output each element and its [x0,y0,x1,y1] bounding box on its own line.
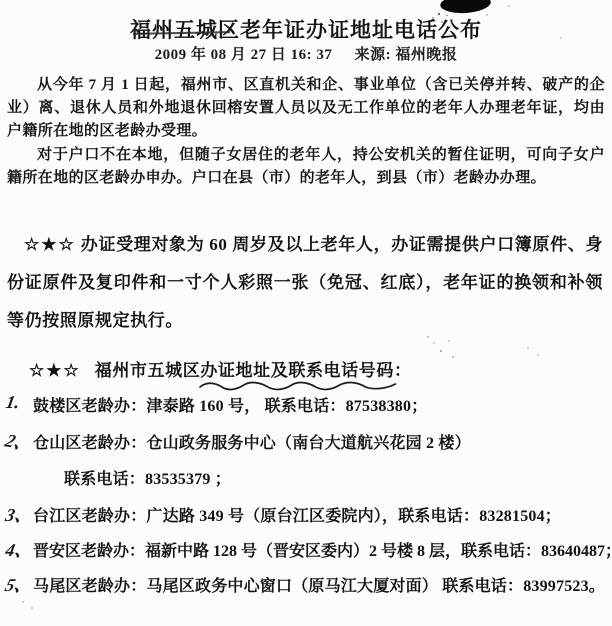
address-item: 马尾区老龄办：马尾区政务中心窗口（原马江大厦对面） 联系电话：83997523。 [33,573,610,596]
ink-stain-blob [436,0,494,17]
requirements-section: ☆★☆ 办证受理对象为 60 周岁及以上老年人，办证需提供户口簿原件、身份证原件… [7,226,603,340]
star-marker-icon: ☆★☆ [24,235,76,254]
source-label: 来源: 福州晚报 [355,47,458,63]
heading-underlined-text: 办证地址及联系电话号码 [200,361,394,380]
requirements-text: 办证受理对象为 60 周岁及以上老年人，办证需提供户口簿原件、身份证原件及复印件… [7,235,603,330]
handwritten-number: 5、 [2,571,35,597]
handwritten-number: 4、 [4,536,35,562]
handwritten-number: 1. [4,392,34,413]
address-item: 仓山区老龄办：仓山政务服务中心（南台大道航兴花园 2 楼） [33,430,610,453]
handwritten-number: 3、 [3,501,35,527]
hand-drawn-wavy-underline [198,380,397,392]
address-item: 晋安区老龄办：福新中路 128 号（晋安区委内）2 号楼 8 层，联系电话：83… [33,538,610,561]
heading-colon: ： [394,361,412,380]
address-item-phone-line: 联系电话：83535379 ； [64,466,610,489]
address-section-heading: ☆★☆福州市五城区办证地址及联系电话号码： [29,356,412,381]
scan-noise-speckles [0,0,2,2]
intro-paragraph-1: 从今年 7 月 1 日起，福州市、区直机关和企、事业单位（含已关停并转、破产的企… [7,74,605,143]
handwritten-number: 2、 [2,426,37,455]
page-title: 福州五城区老年证办证地址电话公布 [0,14,612,44]
heading-underlined-phrase: 办证地址及联系电话号码 [200,356,394,381]
address-item: 鼓楼区老龄办：津泰路 160 号， 联系电话：87538380； [33,393,610,416]
date-line: 2009 年 08 月 27 日 16: 37 来源: 福州晚报 [0,43,612,64]
heading-prefix: 福州市五城区 [95,361,201,380]
intro-paragraph-2: 对于户口不在本地，但随子女居住的老年人，持公安机关的暂住证明，可向子女户籍所在地… [7,144,605,190]
scanned-document-page: 福州五城区老年证办证地址电话公布 2009 年 08 月 27 日 16: 37… [0,0,612,626]
address-item: 台江区老龄办：广达路 349 号（原台江区委院内），联系电话：83281504； [33,503,610,526]
publish-date: 2009 年 08 月 27 日 16: 37 [155,47,333,63]
star-marker-icon: ☆★☆ [29,361,81,380]
